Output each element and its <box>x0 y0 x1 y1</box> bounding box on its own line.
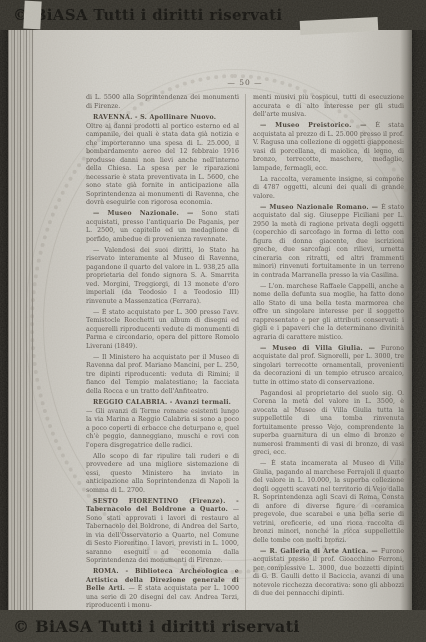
paragraph: — Valendosi dei suoi diritti, lo Stato h… <box>86 247 239 307</box>
paragraph: ROMA. - Biblioteca Archeologica e Artist… <box>86 568 239 611</box>
paragraph: La raccolta, veramente insigne, si compo… <box>253 176 404 202</box>
copyright-watermark-text: © BiASA Tutti i diritti riservati <box>13 617 300 636</box>
entry-heading: ROMA. - Biblioteca Archeologica e Artist… <box>86 568 239 592</box>
paragraph: REGGIO CALABRIA. - Avanzi termali. — Gli… <box>86 399 239 451</box>
paragraph: — L'on. marchese Raffaele Cappelli, anch… <box>253 283 404 343</box>
entry-heading: REGGIO CALABRIA. - Avanzi termali. <box>86 399 239 408</box>
scanned-page-view: © BiASA Tutti i diritti riservati — 50 —… <box>0 0 426 642</box>
entry-heading: — R. Galleria di Arte Antica. — <box>260 548 381 555</box>
entry-heading: — Museo Nazionale Romano. — <box>260 204 381 211</box>
page-corner-top-left <box>23 1 41 30</box>
paragraph: — Museo di Villa Giulia. — Furono acquis… <box>253 345 404 388</box>
entry-heading: SESTO FIORENTINO (Firenze). - Tabernacol… <box>86 498 239 514</box>
paragraph: di L. 5500 alla Soprintendenza dei monum… <box>86 94 239 111</box>
entry-heading: RAVENNA. - S. Apollinare Nuovo. <box>86 114 239 123</box>
printed-text-block: — 50 — di L. 5500 alla Soprintendenza de… <box>86 78 404 613</box>
paragraph: SESTO FIORENTINO (Firenze). - Tabernacol… <box>86 498 239 566</box>
paragraph: — Museo Nazionale. — Sono stati acquista… <box>86 210 239 244</box>
copyright-watermark-text: © BiASA Tutti i diritti riservati <box>13 6 282 24</box>
paragraph: Allo scopo di far ripulire tali ruderi e… <box>86 453 239 496</box>
left-column: di L. 5500 alla Soprintendenza dei monum… <box>86 94 245 613</box>
right-column: menti musivi più cospicui, tutti di esec… <box>245 94 404 613</box>
paragraph: — Il Ministero ha acquistato per il Muse… <box>86 354 239 397</box>
copyright-band-bottom: © BiASA Tutti i diritti riservati <box>0 610 426 642</box>
paragraph: — Museo Nazionale Romano. — È stato acqu… <box>253 204 404 281</box>
paragraph: — Museo Preistorico. — È stata acquistat… <box>253 122 404 173</box>
paragraph: — R. Galleria di Arte Antica. — Furono a… <box>253 548 404 599</box>
paragraph: menti musivi più cospicui, tutti di esec… <box>253 94 404 120</box>
entry-heading: — Museo di Villa Giulia. — <box>260 345 381 352</box>
paragraph: — È stata incamerata al Museo di Villa G… <box>253 460 404 545</box>
book-page: — 50 — di L. 5500 alla Soprintendenza de… <box>8 26 412 616</box>
paragraph: — È stato acquistato per L. 300 presso l… <box>86 309 239 352</box>
entry-heading: — Museo Nazionale. — <box>93 210 201 217</box>
paragraph: RAVENNA. - S. Apollinare Nuovo. Oltre ai… <box>86 114 239 208</box>
paragraph: Pagandosi al proprietario del suolo sig.… <box>253 390 404 458</box>
page-number: — 50 — <box>86 78 404 87</box>
two-column-layout: di L. 5500 alla Soprintendenza dei monum… <box>86 94 404 613</box>
entry-heading: — Museo Preistorico. — <box>260 122 375 129</box>
